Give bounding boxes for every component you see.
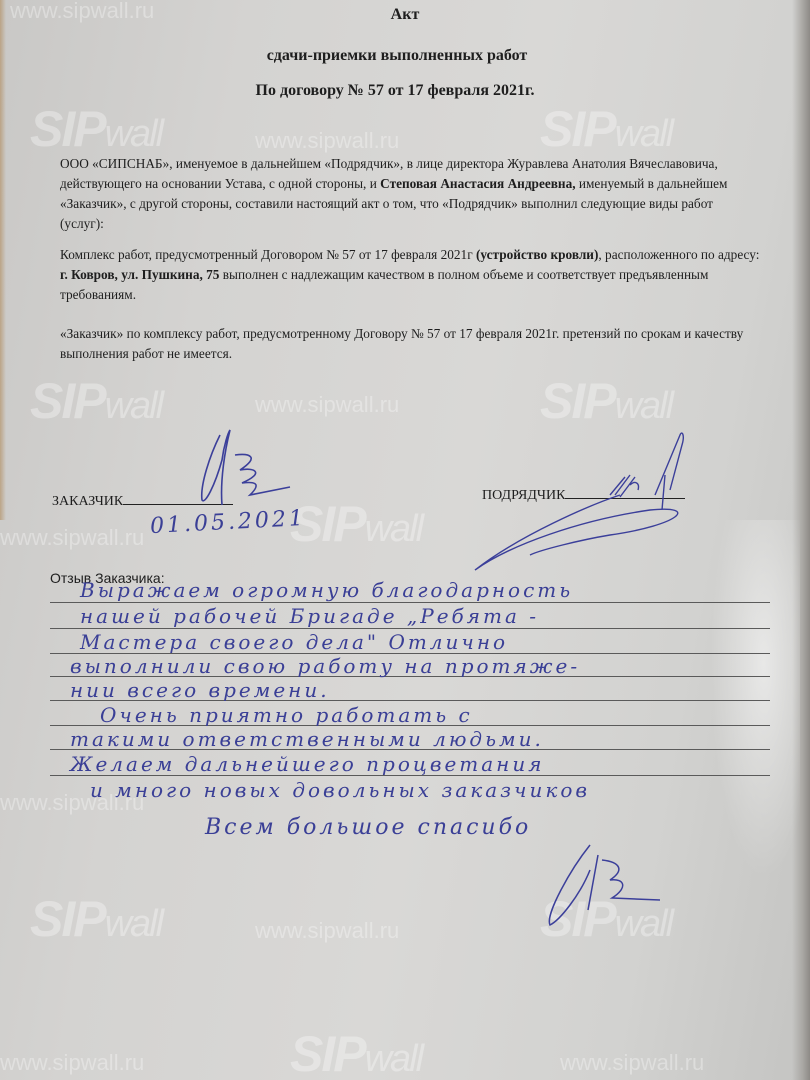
watermark-url: www.sipwall.ru bbox=[0, 525, 144, 551]
ruled-line bbox=[50, 602, 770, 603]
watermark-logo: SIPwall bbox=[30, 372, 162, 430]
review-line: Желаем дальнейшего процветания bbox=[70, 752, 544, 776]
review-line: Выражаем огромную благодарность bbox=[80, 578, 573, 602]
address: г. Ковров, ул. Пушкина, 75 bbox=[60, 267, 219, 282]
customer-signature bbox=[180, 425, 300, 515]
works-paragraph: Комплекс работ, предусмотренный Договоро… bbox=[60, 245, 760, 305]
watermark-logo: SIPwall bbox=[30, 890, 162, 948]
watermark-url: www.sipwall.ru bbox=[0, 1050, 144, 1076]
claims-paragraph: «Заказчик» по комплексу работ, предусмот… bbox=[60, 324, 760, 364]
ruled-line bbox=[50, 628, 770, 629]
review-line: и много новых довольных заказчиков bbox=[90, 778, 590, 802]
customer-review-signature bbox=[540, 840, 720, 930]
watermark-logo: SIPwall bbox=[540, 372, 672, 430]
contract-reference: По договору № 57 от 17 февраля 2021г. bbox=[0, 82, 800, 100]
review-line: такими ответственными людьми. bbox=[70, 727, 544, 751]
customer-name: Степовая Анастасия Андреевна, bbox=[380, 176, 575, 191]
review-line: нии всего времени. bbox=[70, 678, 330, 702]
watermark-url: www.sipwall.ru bbox=[255, 128, 399, 154]
customer-signature-date: 01.05.2021 bbox=[149, 506, 306, 539]
watermark-logo: SIPwall bbox=[290, 1025, 422, 1080]
preamble-paragraph: ООО «СИПСНАБ», именуемое в дальнейшем «П… bbox=[60, 154, 760, 234]
watermark-logo: SIPwall bbox=[30, 100, 162, 158]
watermark-logo: SIPwall bbox=[290, 495, 422, 553]
review-line: Мастера своего дела" Отлично bbox=[80, 630, 508, 654]
watermark-url: www.sipwall.ru bbox=[255, 918, 399, 944]
review-line: Очень приятно работать с bbox=[100, 703, 473, 727]
work-type: (устройство кровли) bbox=[476, 247, 598, 262]
watermark-url: www.sipwall.ru bbox=[560, 1050, 704, 1076]
watermark-logo: SIPwall bbox=[540, 100, 672, 158]
watermark-url: www.sipwall.ru bbox=[255, 392, 399, 418]
document-subtitle: сдачи-приемки выполненных работ bbox=[0, 47, 802, 65]
review-line: Всем большое спасибо bbox=[205, 815, 531, 840]
document-title: Акт bbox=[0, 6, 810, 24]
contractor-signature bbox=[460, 425, 740, 585]
review-line: нашей рабочей Бригаде „Ребята - bbox=[80, 604, 539, 628]
paper-shadow-left bbox=[0, 0, 6, 520]
review-line: выполнили свою работу на протяже- bbox=[70, 654, 580, 678]
